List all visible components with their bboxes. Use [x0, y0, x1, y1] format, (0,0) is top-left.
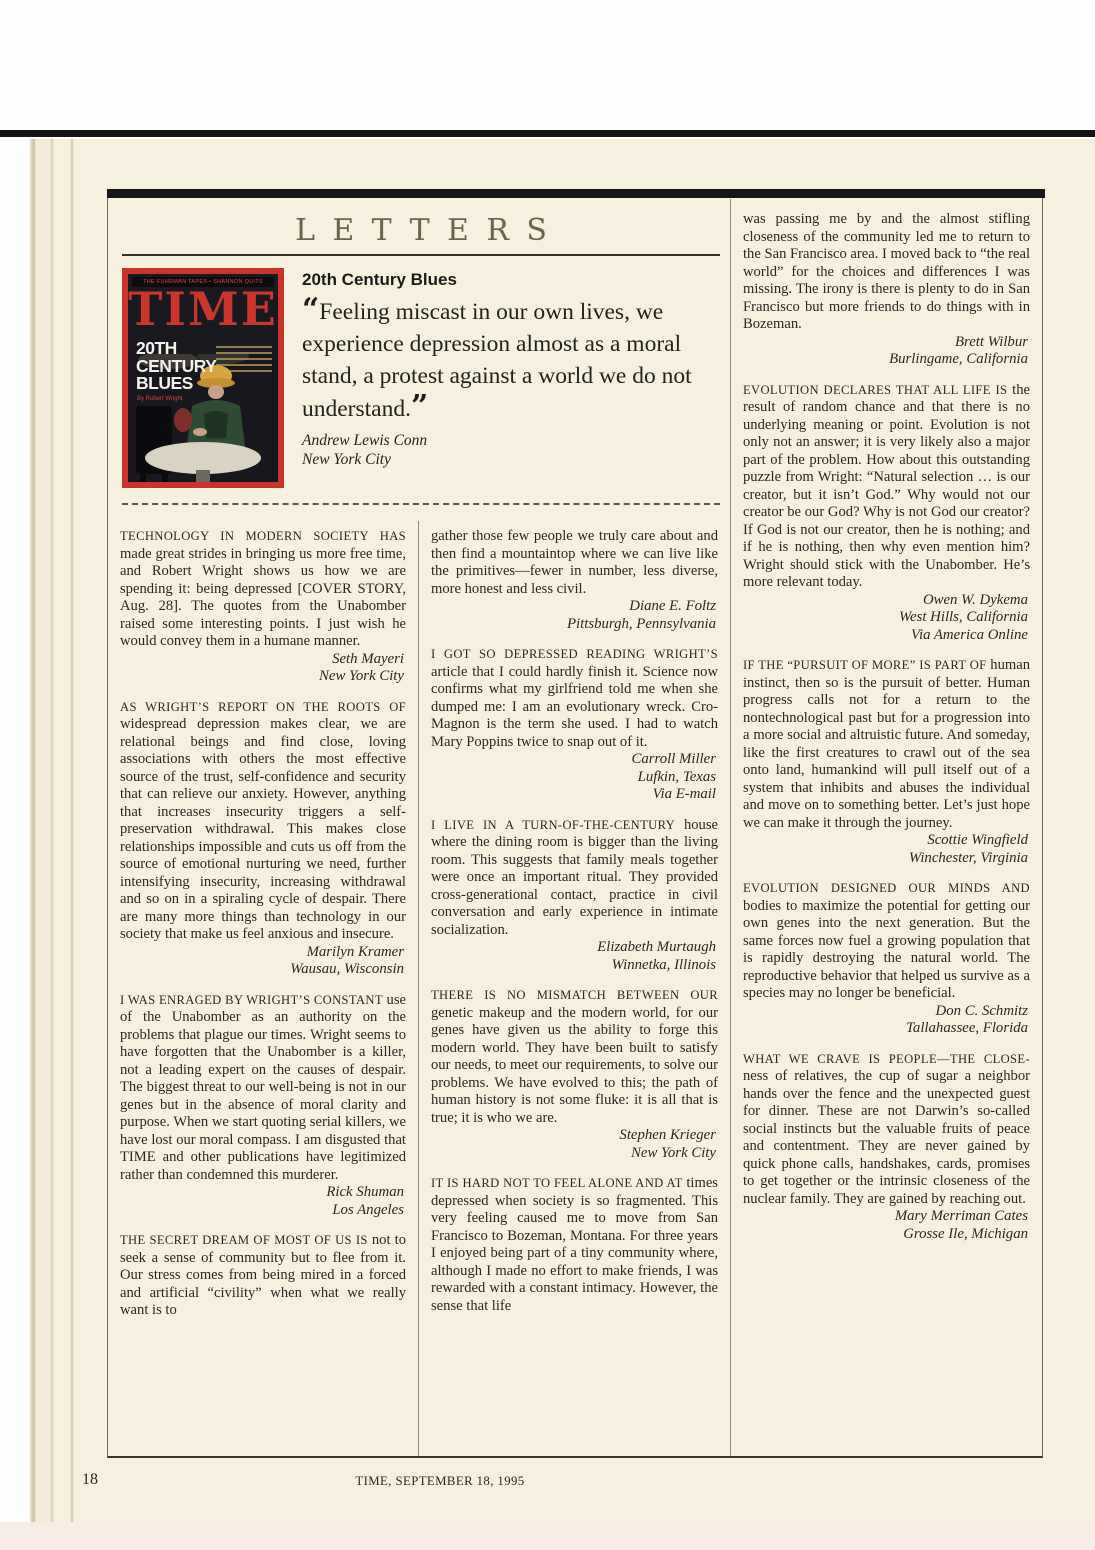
lead-area: LETTERS THE FUHRMAN TAPES • SHANNON QUIT… [108, 199, 730, 521]
signature-line: Winchester, Virginia [743, 850, 1028, 868]
letter: THE SECRET DREAM OF MOST OF US IS not to… [120, 1232, 406, 1320]
footer-issue-line: TIME, SEPTEMBER 18, 1995 [330, 1474, 550, 1489]
signature-line: Burlingame, California [743, 351, 1028, 369]
letter: AS WRIGHT’S REPORT ON THE ROOTS OF wides… [120, 699, 406, 979]
signature-line: West Hills, California [743, 609, 1028, 627]
letters-column-3: was passing me by and the almost stiflin… [730, 199, 1042, 1456]
signature-line: Pittsburgh, Pennsylvania [431, 616, 716, 634]
signature-line: Scottie Wingfield [743, 832, 1028, 850]
letter-signature: Scottie WingfieldWinchester, Virginia [743, 832, 1030, 867]
page-footer: 18 TIME, SEPTEMBER 18, 1995 [30, 1467, 1095, 1497]
letter-lead-in: I LIVE IN A TURN-OF-THE-CENTURY [431, 818, 675, 832]
letter: IF THE “PURSUIT OF MORE” IS PART OF huma… [743, 657, 1030, 867]
letter-lead-in: EVOLUTION DECLARES THAT ALL LIFE IS [743, 383, 1007, 397]
cover-byline: By Robert Wright [137, 396, 183, 402]
signature-line: Lufkin, Texas [431, 769, 716, 787]
letter-lead-in: WHAT WE CRAVE IS PEOPLE—THE CLOSE- [743, 1052, 1030, 1066]
signature-line: Wausau, Wisconsin [120, 961, 404, 979]
open-quote-mark: “ [302, 292, 319, 327]
letter-text: I LIVE IN A TURN-OF-THE-CENTURY house wh… [431, 817, 718, 940]
letter-lead-in: THERE IS NO MISMATCH BETWEEN OUR [431, 988, 718, 1002]
scan-spine-line [0, 130, 1095, 137]
signature-line: Marilyn Kramer [120, 944, 404, 962]
letter-signature: Don C. SchmitzTallahassee, Florida [743, 1003, 1030, 1038]
signature-line: Carroll Miller [431, 751, 716, 769]
attribution-name: Andrew Lewis Conn [302, 431, 720, 450]
letter-signature: Seth MayeriNew York City [120, 651, 406, 686]
signature-line: Via E-mail [431, 786, 716, 804]
quote-attribution: Andrew Lewis Conn New York City [302, 431, 720, 470]
letter-signature: Owen W. DykemaWest Hills, CaliforniaVia … [743, 592, 1030, 645]
letter-continuation: was passing me by and the almost stiflin… [743, 211, 1030, 369]
letter-lead-in: I WAS ENRAGED BY WRIGHT’S CONSTANT [120, 993, 383, 1007]
signature-line: Brett Wilbur [743, 334, 1028, 352]
letter-text: was passing me by and the almost stiflin… [743, 211, 1030, 334]
letter-continuation: gather those few people we truly care ab… [431, 528, 718, 633]
letter-signature: Mary Merriman CatesGrosse Ile, Michigan [743, 1208, 1030, 1243]
signature-line: Grosse Ile, Michigan [743, 1226, 1028, 1244]
letter: I WAS ENRAGED BY WRIGHT’S CONSTANT use o… [120, 992, 406, 1220]
letter-text: IF THE “PURSUIT OF MORE” IS PART OF huma… [743, 657, 1030, 832]
signature-line: Mary Merriman Cates [743, 1208, 1028, 1226]
signature-line: Diane E. Foltz [431, 598, 716, 616]
signature-line: Tallahassee, Florida [743, 1020, 1028, 1038]
signature-line: Via America Online [743, 627, 1028, 645]
feature-title: 20th Century Blues [302, 270, 720, 290]
letter-signature: Diane E. FoltzPittsburgh, Pennsylvania [431, 598, 718, 633]
cover-title: 20TH CENTURY BLUES [136, 340, 216, 393]
letters-column-1: TECHNOLOGY IN MODERN SOCIETY HAS made gr… [108, 521, 419, 1456]
letter-text: gather those few people we truly care ab… [431, 528, 718, 598]
top-black-bar [107, 189, 1045, 198]
letter: I LIVE IN A TURN-OF-THE-CENTURY house wh… [431, 817, 718, 975]
letter-text: EVOLUTION DESIGNED OUR MINDS AND bodies … [743, 880, 1030, 1003]
letter-signature: Brett WilburBurlingame, California [743, 334, 1030, 369]
cover-title-line: 20TH [136, 340, 216, 358]
letter: THERE IS NO MISMATCH BETWEEN OUR genetic… [431, 987, 718, 1162]
cover-title-line: BLUES [136, 375, 216, 393]
signature-line: Seth Mayeri [120, 651, 404, 669]
signature-line: New York City [431, 1145, 716, 1163]
signature-line: New York City [120, 668, 404, 686]
letter: EVOLUTION DESIGNED OUR MINDS AND bodies … [743, 880, 1030, 1038]
letter: IT IS HARD NOT TO FEEL ALONE AND AT time… [431, 1175, 718, 1315]
letter-signature: Marilyn KramerWausau, Wisconsin [120, 944, 406, 979]
pull-quote-block: 20th Century Blues “Feeling miscast in o… [302, 268, 720, 488]
cover-blurb-lines [216, 346, 272, 372]
signature-line: Rick Shuman [120, 1184, 404, 1202]
signature-line: Elizabeth Murtaugh [431, 939, 716, 957]
letter-signature: Stephen KriegerNew York City [431, 1127, 718, 1162]
letter-text: THERE IS NO MISMATCH BETWEEN OUR genetic… [431, 987, 718, 1127]
letter-lead-in: EVOLUTION DESIGNED OUR MINDS AND [743, 881, 1030, 895]
letter-text: AS WRIGHT’S REPORT ON THE ROOTS OF wides… [120, 699, 406, 944]
letter-text: THE SECRET DREAM OF MOST OF US IS not to… [120, 1232, 406, 1320]
signature-line: Owen W. Dykema [743, 592, 1028, 610]
time-cover-thumbnail: THE FUHRMAN TAPES • SHANNON QUITS [122, 268, 284, 488]
letter-text: TECHNOLOGY IN MODERN SOCIETY HAS made gr… [120, 528, 406, 651]
letter-text: I GOT SO DEPRESSED READING WRIGHT’S arti… [431, 646, 718, 751]
dashed-divider [122, 503, 720, 505]
letter: TECHNOLOGY IN MODERN SOCIETY HAS made gr… [120, 528, 406, 686]
signature-line: Winnetka, Illinois [431, 957, 716, 975]
letter-text: EVOLUTION DECLARES THAT ALL LIFE IS the … [743, 382, 1030, 592]
letter-text: WHAT WE CRAVE IS PEOPLE—THE CLOSE- ness … [743, 1051, 1030, 1209]
letter: WHAT WE CRAVE IS PEOPLE—THE CLOSE- ness … [743, 1051, 1030, 1244]
signature-line: Los Angeles [120, 1202, 404, 1220]
letter-lead-in: AS WRIGHT’S REPORT ON THE ROOTS OF [120, 700, 406, 714]
signature-line: Stephen Krieger [431, 1127, 716, 1145]
pull-quote: “Feeling miscast in our own lives, we ex… [302, 296, 720, 425]
letter: I GOT SO DEPRESSED READING WRIGHT’S arti… [431, 646, 718, 804]
letter-text: I WAS ENRAGED BY WRIGHT’S CONSTANT use o… [120, 992, 406, 1185]
letter-lead-in: IT IS HARD NOT TO FEEL ALONE AND AT [431, 1176, 683, 1190]
letters-column-2: gather those few people we truly care ab… [419, 521, 730, 1456]
letter-lead-in: TECHNOLOGY IN MODERN SOCIETY HAS [120, 529, 406, 543]
letter-signature: Elizabeth MurtaughWinnetka, Illinois [431, 939, 718, 974]
magazine-page-scan: { "page": { "section_title": "LETTERS", … [0, 0, 1095, 1550]
header-rule [122, 254, 720, 256]
letter-text: IT IS HARD NOT TO FEEL ALONE AND AT time… [431, 1175, 718, 1315]
letter-signature: Rick ShumanLos Angeles [120, 1184, 406, 1219]
page-number: 18 [82, 1471, 98, 1489]
feature-block: THE FUHRMAN TAPES • SHANNON QUITS [122, 268, 720, 488]
letter: EVOLUTION DECLARES THAT ALL LIFE IS the … [743, 382, 1030, 645]
pull-quote-text: Feeling miscast in our own lives, we exp… [302, 299, 692, 422]
close-quote-mark: ” [411, 389, 428, 424]
signature-line: Don C. Schmitz [743, 1003, 1028, 1021]
scan-bottom-strip [0, 1522, 1095, 1550]
letter-lead-in: IF THE “PURSUIT OF MORE” IS PART OF [743, 658, 987, 672]
time-logo: TIME [128, 286, 278, 332]
section-title: LETTERS [122, 213, 720, 248]
page-edge-strips [30, 139, 96, 1522]
letters-content-box: LETTERS THE FUHRMAN TAPES • SHANNON QUIT… [107, 190, 1043, 1458]
letter-lead-in: THE SECRET DREAM OF MOST OF US IS [120, 1233, 368, 1247]
letter-lead-in: I GOT SO DEPRESSED READING WRIGHT’S [431, 647, 718, 661]
magazine-page: LETTERS THE FUHRMAN TAPES • SHANNON QUIT… [30, 139, 1095, 1522]
attribution-location: New York City [302, 450, 720, 469]
letter-signature: Carroll MillerLufkin, TexasVia E-mail [431, 751, 718, 804]
